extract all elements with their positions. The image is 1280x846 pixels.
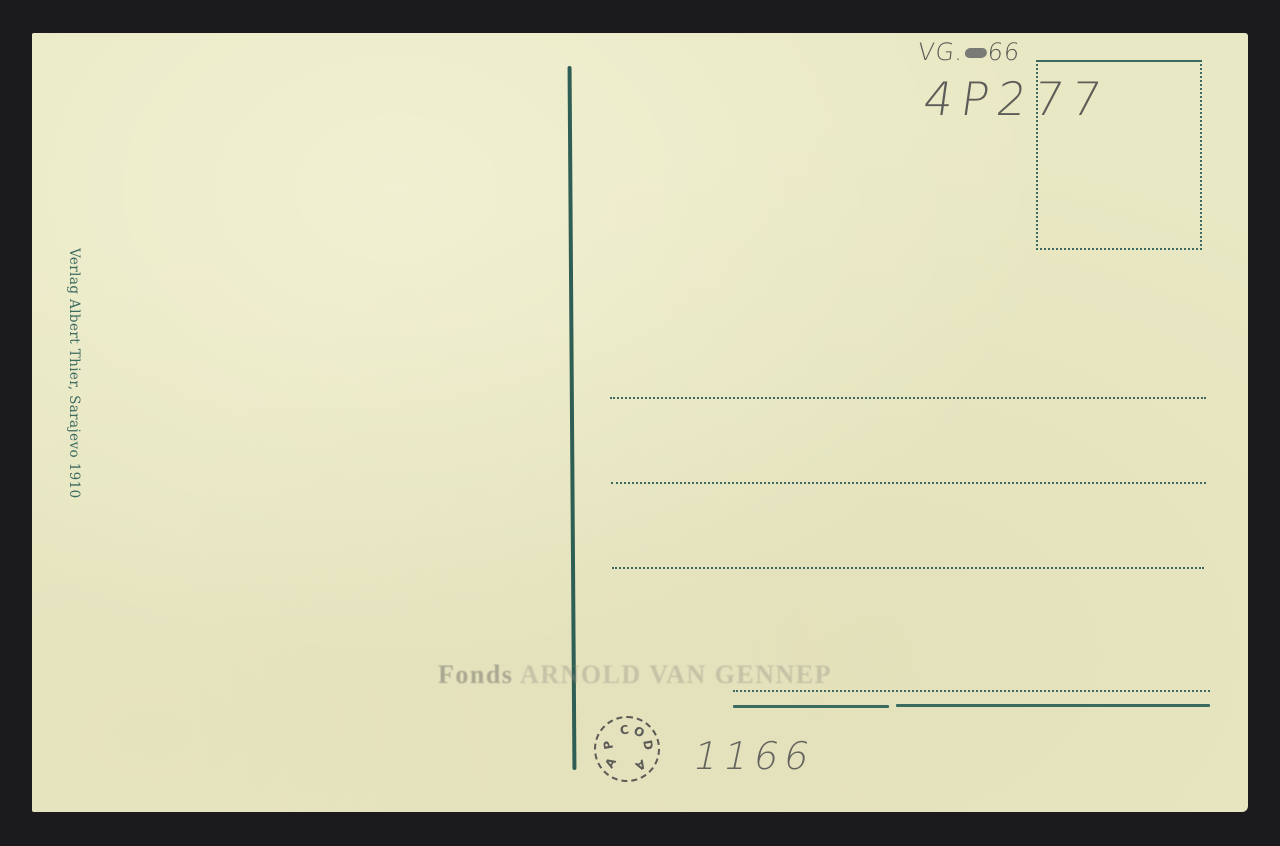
collection-stamp: Fonds ARNOLD VAN GENNEP <box>438 660 832 690</box>
collection-stamp-prefix: Fonds <box>438 660 513 689</box>
publisher-imprint: Verlag Albert Thier, Sarajevo 1910 <box>62 248 86 598</box>
stamp-letter: P <box>601 739 616 750</box>
collection-stamp-name: ARNOLD VAN GENNEP <box>520 660 832 689</box>
stamp-letter: C <box>619 722 630 737</box>
handwritten-bottom-number: 1166 <box>689 734 819 778</box>
reference-suffix: 66 <box>986 38 1021 66</box>
underline-right <box>896 704 1210 707</box>
underline-left <box>733 705 889 708</box>
round-archive-stamp: A P C O D A <box>594 716 660 782</box>
stamp-letter: A <box>602 755 619 770</box>
address-line-1 <box>610 397 1206 399</box>
struck-out-digits: 000 <box>964 48 987 58</box>
stamp-letter: D <box>640 739 656 751</box>
handwritten-catalog-number: 4P277 <box>920 72 1112 126</box>
reference-prefix: VG. <box>917 38 966 66</box>
stamp-letter: A <box>633 757 648 774</box>
address-line-4 <box>733 690 1210 692</box>
address-line-3 <box>612 567 1204 569</box>
scan-background: Verlag Albert Thier, Sarajevo 1910 VG.00… <box>0 0 1280 846</box>
stamp-letter: O <box>631 723 647 740</box>
handwritten-reference: VG.00066 <box>917 38 1022 66</box>
address-line-2 <box>611 482 1206 484</box>
